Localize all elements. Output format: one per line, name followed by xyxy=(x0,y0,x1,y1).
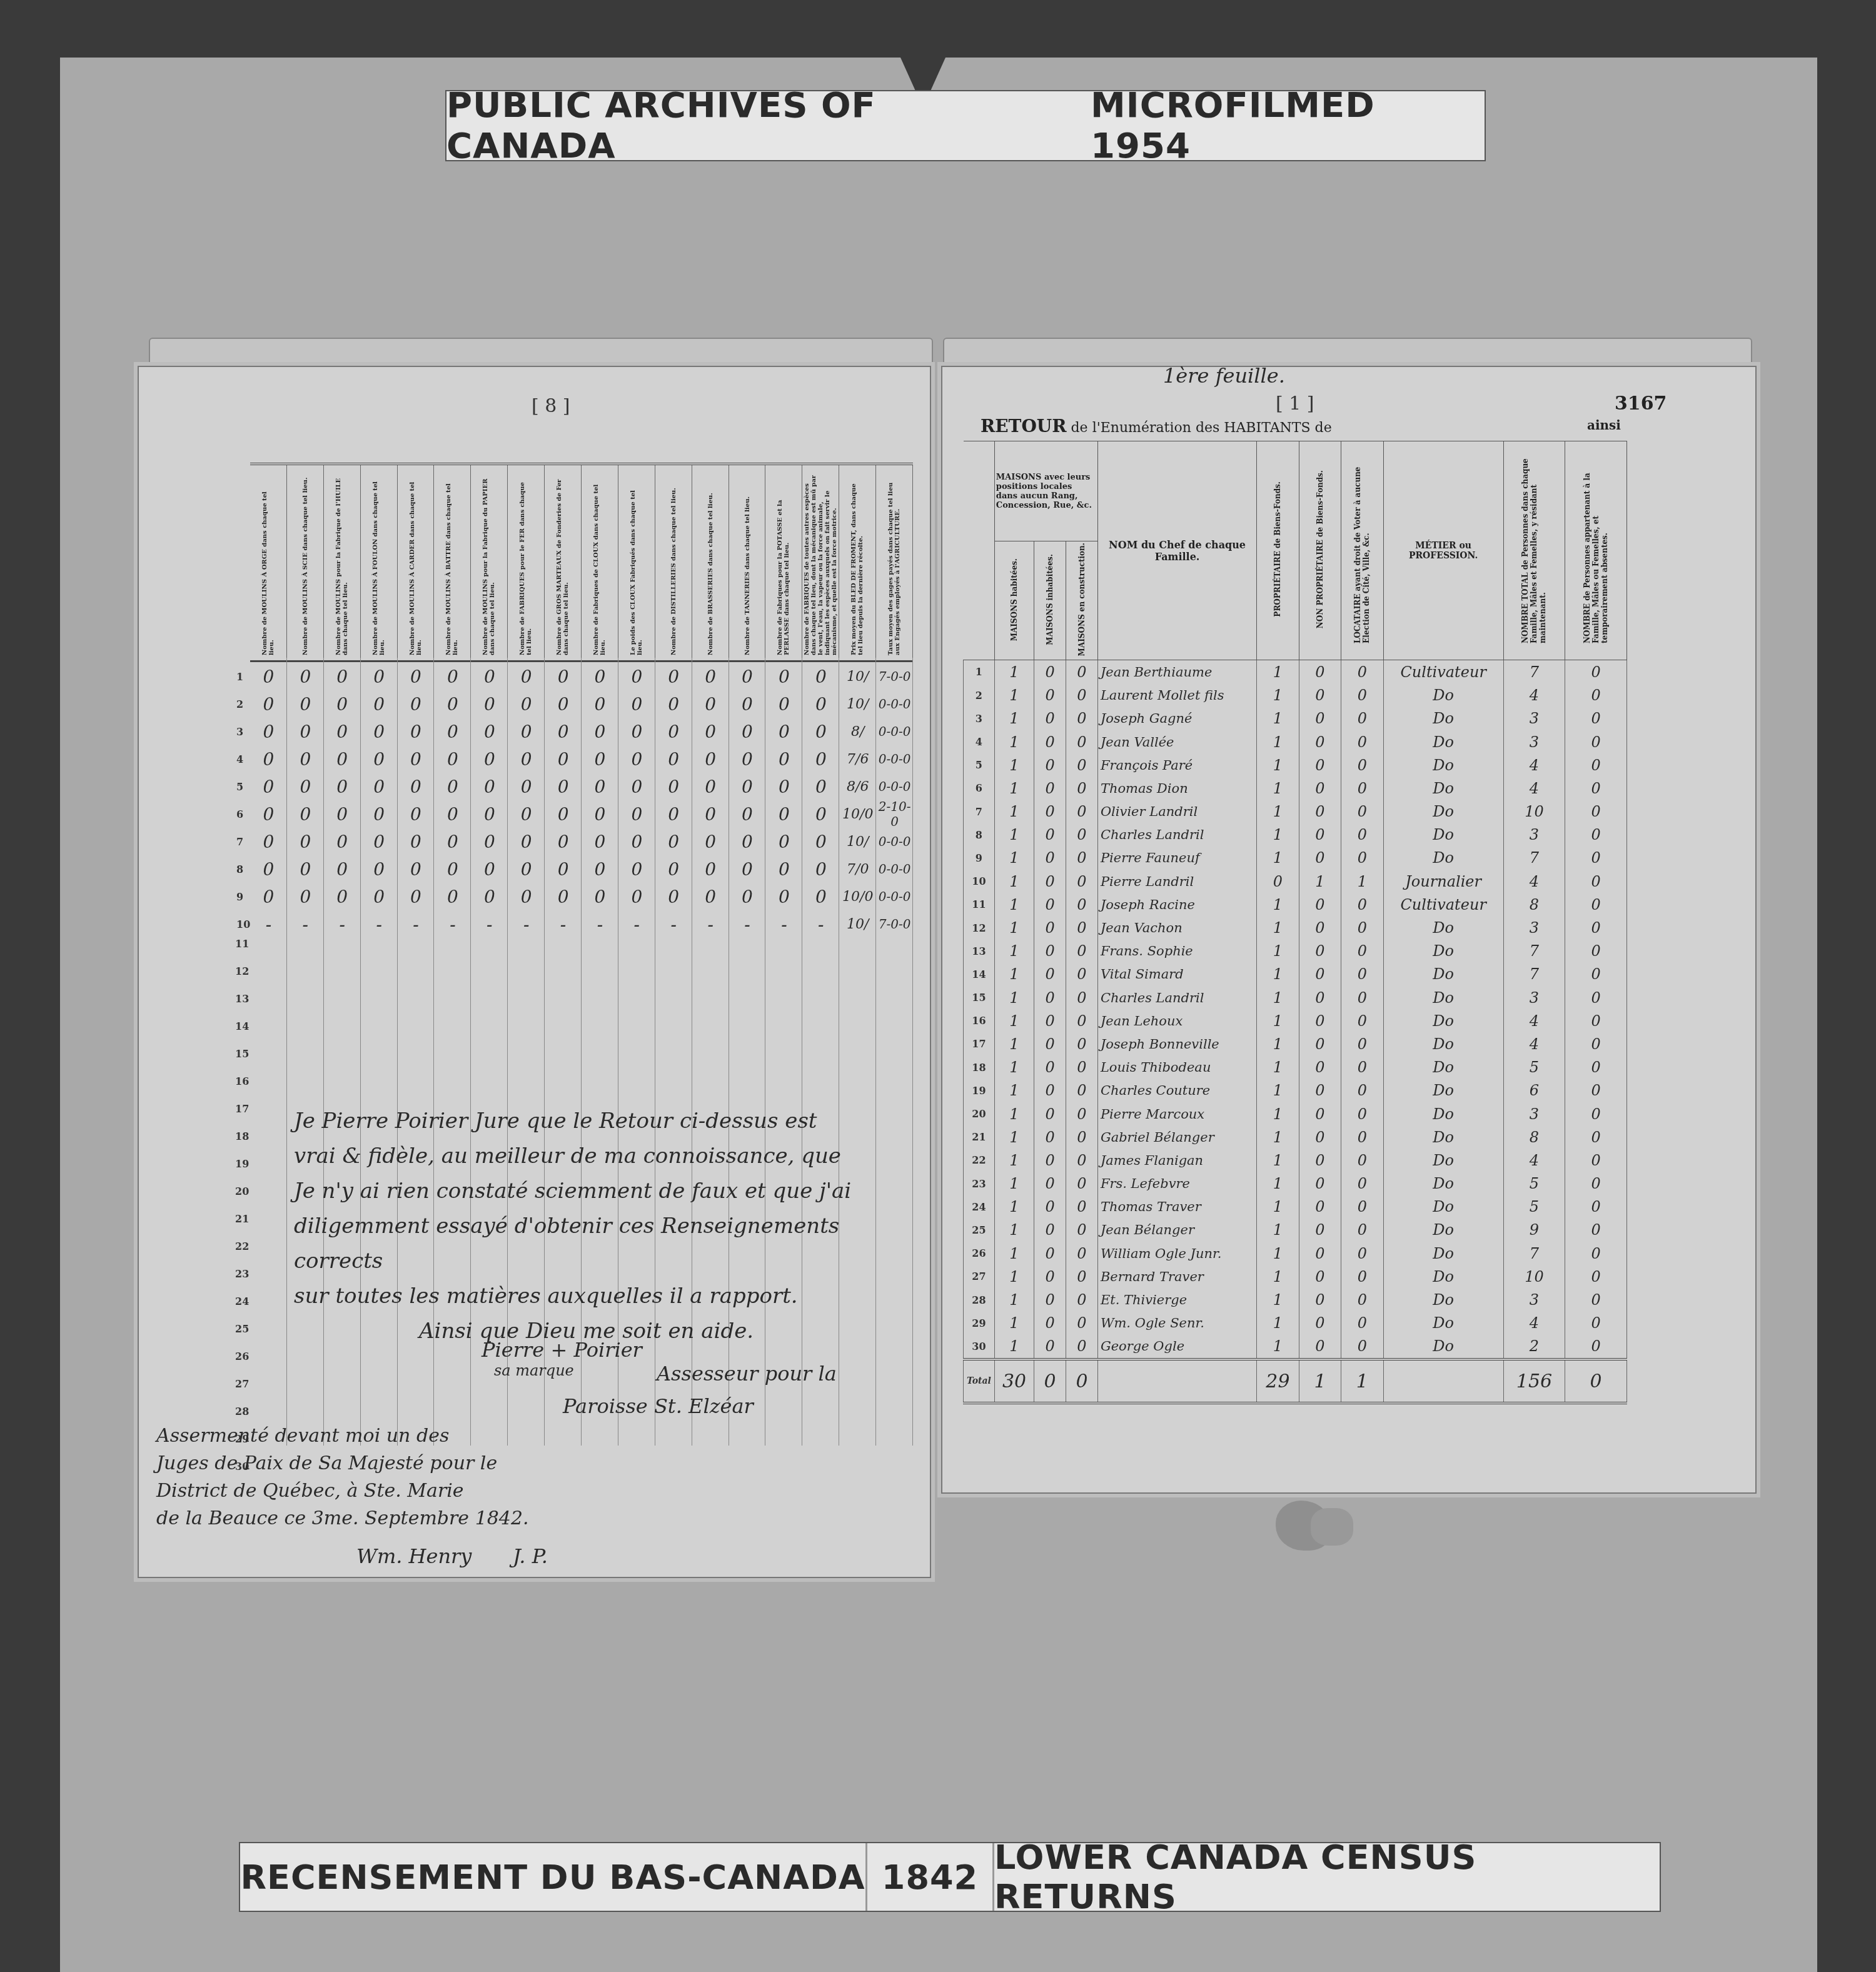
attestation-line: District de Québec, à Ste. Marie xyxy=(156,1477,529,1505)
left-table-row: 1000000000000000010/7-0-0 xyxy=(250,663,913,690)
cell-abs: 0 xyxy=(1565,847,1627,870)
cell-loc: 0 xyxy=(1341,1312,1383,1335)
table-cell: 0 xyxy=(729,887,766,907)
table-cell: - xyxy=(361,914,398,935)
cell-total: 3 xyxy=(1503,1102,1565,1125)
table-cell: 0 xyxy=(398,722,435,742)
cell-prop: 1 xyxy=(1257,1079,1299,1102)
nombre-absents-header: NOMBRE de Personnes appartenant à la Fam… xyxy=(1565,441,1627,660)
table-cell: 0 xyxy=(250,667,287,687)
column-header-text: Nombre de MOULINS À CARDER dans chaque t… xyxy=(409,474,423,655)
table-cell: 0 xyxy=(618,694,655,715)
left-column-header: Nombre de MOULINS À CARDER dans chaque t… xyxy=(398,465,435,660)
series-label: RECENSEMENT DU BAS-CANADA 1842 LOWER CAN… xyxy=(239,1842,1661,1912)
table-cell: 0 xyxy=(692,804,729,825)
table-cell: 0 xyxy=(655,804,692,825)
cell-prop: 1 xyxy=(1257,916,1299,939)
wheat-price-cell: 10/ xyxy=(839,917,876,932)
oath-line: Je Pierre Poirier Jure que le Retour ci-… xyxy=(294,1104,919,1139)
table-cell: 0 xyxy=(324,694,361,715)
cell-nom: Bernard Traver xyxy=(1097,1265,1256,1288)
table-cell: 0 xyxy=(545,694,582,715)
cell-prop: 1 xyxy=(1257,800,1299,823)
table-cell: 0 xyxy=(250,804,287,825)
cell-hab: 1 xyxy=(994,1335,1034,1359)
locataire-header: LOCATAIRE ayant droit de Voter à aucune … xyxy=(1341,441,1383,660)
left-column-header: Nombre de MOULINS pour la Fabrique de l'… xyxy=(324,465,361,660)
table-cell: 0 xyxy=(434,694,471,715)
cell-n: 29 xyxy=(964,1312,995,1335)
cell-abs: 0 xyxy=(1565,800,1627,823)
wheat-price-cell: 10/ xyxy=(839,697,876,712)
cell-nom: Gabriel Bélanger xyxy=(1097,1125,1256,1149)
cell-hab: 1 xyxy=(994,777,1034,800)
cell-loc: 0 xyxy=(1341,753,1383,777)
cell-nom: Jean Berthiaume xyxy=(1097,660,1256,684)
cell-inh: 0 xyxy=(1034,1079,1066,1102)
table-cell: 0 xyxy=(692,859,729,880)
wages-cell: 0-0-0 xyxy=(876,889,913,904)
wheat-price-cell: 10/0 xyxy=(839,807,876,822)
table-cell: 0 xyxy=(508,887,545,907)
column-header-text: Nombre de MOULINS À SCIE dans chaque tel… xyxy=(301,474,308,655)
row-number: 3 xyxy=(236,726,243,738)
cell-inh: 0 xyxy=(1034,1172,1066,1195)
cell-con: 0 xyxy=(1066,1009,1098,1032)
table-cell: 0 xyxy=(802,667,839,687)
cell-n: 19 xyxy=(964,1079,995,1102)
column-header-text: Nombre de GROS MARTEAUX de Fonderies de … xyxy=(556,474,570,655)
total-hab: 30 xyxy=(994,1359,1034,1403)
census-row: 29100Wm. Ogle Senr.100Do40 xyxy=(964,1312,1627,1335)
cell-nonprop: 0 xyxy=(1299,1056,1341,1079)
column-header-text: Nombre de TANNERIES dans chaque tel lieu… xyxy=(744,474,750,655)
cell-prop: 1 xyxy=(1257,1335,1299,1359)
census-row: 26100William Ogle Junr.100Do70 xyxy=(964,1242,1627,1265)
cell-nom: Jean Vachon xyxy=(1097,916,1256,939)
cell-loc: 0 xyxy=(1341,916,1383,939)
left-column-header: Nombre de FABRIQUES de toutes autres esp… xyxy=(802,465,839,660)
cell-abs: 0 xyxy=(1565,1149,1627,1172)
census-row: 24100Thomas Traver100Do50 xyxy=(964,1195,1627,1219)
cell-hab: 1 xyxy=(994,1242,1034,1265)
row-number: 12 xyxy=(235,965,250,993)
cell-nonprop: 0 xyxy=(1299,660,1341,684)
cell-n: 20 xyxy=(964,1102,995,1125)
cell-total: 5 xyxy=(1503,1172,1565,1195)
cell-abs: 0 xyxy=(1565,1032,1627,1055)
cell-nom: Louis Thibodeau xyxy=(1097,1056,1256,1079)
table-cell: 0 xyxy=(471,832,508,852)
table-cell: 0 xyxy=(618,749,655,770)
left-table-row: 800000000000000007/00-0-0 xyxy=(250,855,913,883)
cell-total: 3 xyxy=(1503,707,1565,730)
cell-metier: Do xyxy=(1383,753,1503,777)
cell-metier: Do xyxy=(1383,1335,1503,1359)
series-french: RECENSEMENT DU BAS-CANADA xyxy=(240,1843,867,1911)
cell-prop: 1 xyxy=(1257,777,1299,800)
column-header-text: Nombre de Fabriques de CLOUX dans chaque… xyxy=(593,474,607,655)
cell-loc: 1 xyxy=(1341,870,1383,893)
cell-con: 0 xyxy=(1066,916,1098,939)
cell-con: 0 xyxy=(1066,1032,1098,1055)
column-header-text: Nombre de MOULINS pour la Fabrique du PA… xyxy=(482,474,496,655)
cell-n: 17 xyxy=(964,1032,995,1055)
table-cell: 0 xyxy=(508,777,545,797)
cell-total: 4 xyxy=(1503,870,1565,893)
row-number: 25 xyxy=(235,1323,250,1351)
cell-con: 0 xyxy=(1066,1265,1098,1288)
cell-inh: 0 xyxy=(1034,1312,1066,1335)
cell-inh: 0 xyxy=(1034,1195,1066,1219)
row-number: 27 xyxy=(235,1378,250,1406)
cell-nom: Charles Landril xyxy=(1097,986,1256,1009)
maisons-habitees-header: MAISONS habitées. xyxy=(994,541,1034,660)
table-cell: 0 xyxy=(582,777,618,797)
table-cell: - xyxy=(729,914,766,935)
table-cell: 0 xyxy=(545,887,582,907)
table-cell: 0 xyxy=(508,667,545,687)
cell-inh: 0 xyxy=(1034,777,1066,800)
cell-loc: 0 xyxy=(1341,847,1383,870)
cell-hab: 1 xyxy=(994,1219,1034,1242)
table-cell: 0 xyxy=(287,777,324,797)
table-cell: 0 xyxy=(471,887,508,907)
cell-metier: Do xyxy=(1383,730,1503,753)
table-cell: - xyxy=(618,914,655,935)
total-label: Total xyxy=(964,1359,995,1403)
table-cell: 0 xyxy=(361,694,398,715)
table-cell: 0 xyxy=(287,859,324,880)
table-cell: 0 xyxy=(471,749,508,770)
cell-loc: 0 xyxy=(1341,707,1383,730)
cell-prop: 1 xyxy=(1257,963,1299,986)
wages-cell: 0-0-0 xyxy=(876,779,913,794)
table-cell: 0 xyxy=(618,667,655,687)
table-cell: 0 xyxy=(398,832,435,852)
left-table-row: 7000000000000000010/0-0-0 xyxy=(250,828,913,855)
row-number: 9 xyxy=(236,891,243,903)
row-number: 6 xyxy=(236,808,243,820)
cell-nonprop: 0 xyxy=(1299,753,1341,777)
cell-prop: 1 xyxy=(1257,823,1299,847)
table-cell: 0 xyxy=(361,777,398,797)
table-cell: 0 xyxy=(765,694,802,715)
table-cell: 0 xyxy=(729,722,766,742)
row-number-header xyxy=(964,441,995,660)
cell-abs: 0 xyxy=(1565,1242,1627,1265)
table-cell: 0 xyxy=(545,804,582,825)
cell-total: 4 xyxy=(1503,1312,1565,1335)
cell-total: 3 xyxy=(1503,986,1565,1009)
left-column-header: Nombre de MOULINS À ORGE dans chaque tel… xyxy=(250,465,287,660)
row-number: 26 xyxy=(235,1351,250,1378)
row-number: 18 xyxy=(235,1130,250,1158)
cell-metier: Cultivateur xyxy=(1383,660,1503,684)
table-cell: 0 xyxy=(692,667,729,687)
cell-loc: 0 xyxy=(1341,1242,1383,1265)
non-proprietaire-header: NON PROPRIÉTAIRE de Biens-Fonds. xyxy=(1299,441,1341,660)
cell-metier: Do xyxy=(1383,684,1503,707)
cell-prop: 1 xyxy=(1257,940,1299,963)
cell-prop: 1 xyxy=(1257,1242,1299,1265)
oath-text: Je Pierre Poirier Jure que le Retour ci-… xyxy=(294,1104,919,1349)
cell-metier: Do xyxy=(1383,1288,1503,1311)
cell-metier: Do xyxy=(1383,707,1503,730)
table-cell: 0 xyxy=(802,694,839,715)
cell-inh: 0 xyxy=(1034,963,1066,986)
oath-line: vrai & fidèle, au meilleur de ma connois… xyxy=(294,1139,919,1174)
cell-nom: Frans. Sophie xyxy=(1097,940,1256,963)
cell-n: 21 xyxy=(964,1125,995,1149)
cell-hab: 1 xyxy=(994,940,1034,963)
cell-loc: 0 xyxy=(1341,660,1383,684)
left-column-header: Nombre de MOULINS pour la Fabrique du PA… xyxy=(471,465,508,660)
table-cell: 0 xyxy=(361,859,398,880)
cell-abs: 0 xyxy=(1565,1172,1627,1195)
wages-cell: 0-0-0 xyxy=(876,862,913,877)
cell-loc: 0 xyxy=(1341,940,1383,963)
census-row: 9100Pierre Fauneuf100Do70 xyxy=(964,847,1627,870)
cell-total: 3 xyxy=(1503,916,1565,939)
cell-metier: Do xyxy=(1383,1242,1503,1265)
cell-inh: 0 xyxy=(1034,870,1066,893)
cell-metier: Do xyxy=(1383,986,1503,1009)
table-cell: 0 xyxy=(434,887,471,907)
wages-cell: 7-0-0 xyxy=(876,917,913,932)
table-cell: 0 xyxy=(545,832,582,852)
left-page-marker: [ 8 ] xyxy=(532,395,570,417)
census-row: 25100Jean Bélanger100Do90 xyxy=(964,1219,1627,1242)
cell-con: 0 xyxy=(1066,1219,1098,1242)
left-table-row: 6000000000000000010/02-10-0 xyxy=(250,800,913,828)
table-cell: - xyxy=(582,914,618,935)
cell-n: 12 xyxy=(964,916,995,939)
left-page-column-headers: Nombre de MOULINS À ORGE dans chaque tel… xyxy=(250,463,913,662)
cell-abs: 0 xyxy=(1565,753,1627,777)
total-abs: 0 xyxy=(1565,1359,1627,1403)
table-cell: 0 xyxy=(729,832,766,852)
wheat-price-cell: 8/ xyxy=(839,724,876,740)
table-cell: 0 xyxy=(765,722,802,742)
cell-prop: 1 xyxy=(1257,847,1299,870)
row-number: 11 xyxy=(235,938,250,965)
archive-name: PUBLIC ARCHIVES OF CANADA xyxy=(446,85,1053,166)
table-cell: 0 xyxy=(692,694,729,715)
cell-total: 4 xyxy=(1503,777,1565,800)
cell-con: 0 xyxy=(1066,753,1098,777)
wheat-price-cell: 7/0 xyxy=(839,862,876,877)
cell-n: 14 xyxy=(964,963,995,986)
wages-cell: 0-0-0 xyxy=(876,724,913,739)
row-number: 4 xyxy=(236,753,243,765)
cell-nom: Olivier Landril xyxy=(1097,800,1256,823)
attestation-line: Assermenté devant moi un des xyxy=(156,1422,529,1450)
table-cell: 0 xyxy=(692,832,729,852)
cell-total: 3 xyxy=(1503,730,1565,753)
table-cell: 0 xyxy=(471,859,508,880)
cell-nom: Pierre Landril xyxy=(1097,870,1256,893)
table-cell: 0 xyxy=(729,804,766,825)
cell-nonprop: 0 xyxy=(1299,730,1341,753)
table-cell: 0 xyxy=(545,749,582,770)
cell-total: 6 xyxy=(1503,1079,1565,1102)
table-cell: - xyxy=(287,914,324,935)
census-row: 11100Joseph Racine100Cultivateur80 xyxy=(964,893,1627,916)
cell-nom: William Ogle Junr. xyxy=(1097,1242,1256,1265)
cell-con: 0 xyxy=(1066,1149,1098,1172)
column-header-text: Nombre de DISTILLERIES dans chaque tel l… xyxy=(670,474,677,655)
cell-nonprop: 0 xyxy=(1299,777,1341,800)
cell-loc: 0 xyxy=(1341,1265,1383,1288)
form-title-end: ainsi xyxy=(1587,418,1621,433)
row-number: 7 xyxy=(236,836,243,848)
cell-prop: 1 xyxy=(1257,893,1299,916)
cell-metier: Do xyxy=(1383,777,1503,800)
cell-total: 10 xyxy=(1503,1265,1565,1288)
cell-inh: 0 xyxy=(1034,800,1066,823)
cell-con: 0 xyxy=(1066,1079,1098,1102)
table-cell: 0 xyxy=(434,804,471,825)
table-cell: - xyxy=(324,914,361,935)
cell-n: 7 xyxy=(964,800,995,823)
cell-nonprop: 0 xyxy=(1299,1265,1341,1288)
table-cell: 0 xyxy=(765,832,802,852)
total-total: 156 xyxy=(1503,1359,1565,1403)
cell-metier: Do xyxy=(1383,1149,1503,1172)
cell-nom: Joseph Racine xyxy=(1097,893,1256,916)
table-cell: 0 xyxy=(655,832,692,852)
cell-con: 0 xyxy=(1066,1335,1098,1359)
cell-total: 4 xyxy=(1503,1032,1565,1055)
cell-nonprop: 0 xyxy=(1299,1242,1341,1265)
wheat-price-cell: 8/6 xyxy=(839,779,876,795)
cell-con: 0 xyxy=(1066,823,1098,847)
table-cell: 0 xyxy=(582,832,618,852)
cell-con: 0 xyxy=(1066,963,1098,986)
cell-n: 8 xyxy=(964,823,995,847)
cell-abs: 0 xyxy=(1565,1009,1627,1032)
table-cell: 0 xyxy=(765,887,802,907)
table-cell: 0 xyxy=(545,667,582,687)
page-number: 3167 xyxy=(1615,393,1667,415)
cell-nonprop: 0 xyxy=(1299,800,1341,823)
cell-inh: 0 xyxy=(1034,1265,1066,1288)
table-cell: 0 xyxy=(434,722,471,742)
cell-nom: Thomas Traver xyxy=(1097,1195,1256,1219)
series-year: 1842 xyxy=(867,1843,994,1911)
cell-loc: 0 xyxy=(1341,684,1383,707)
cell-total: 7 xyxy=(1503,963,1565,986)
column-header-text: Nombre de Fabriques pour la POTASSE et l… xyxy=(777,474,790,655)
cell-prop: 1 xyxy=(1257,1102,1299,1125)
census-row: 30100George Ogle100Do20 xyxy=(964,1335,1627,1359)
table-cell: 0 xyxy=(324,722,361,742)
cell-con: 0 xyxy=(1066,1242,1098,1265)
cell-total: 5 xyxy=(1503,1056,1565,1079)
table-cell: 0 xyxy=(398,804,435,825)
wheat-price-cell: 10/ xyxy=(839,834,876,850)
table-cell: 0 xyxy=(618,887,655,907)
table-cell: 0 xyxy=(398,694,435,715)
table-cell: 0 xyxy=(545,722,582,742)
cell-con: 0 xyxy=(1066,660,1098,684)
signature-mark: sa marque xyxy=(494,1362,574,1379)
cell-prop: 1 xyxy=(1257,1125,1299,1149)
right-page-marker: [ 1 ] xyxy=(1276,393,1314,415)
table-cell: 0 xyxy=(545,777,582,797)
cell-loc: 0 xyxy=(1341,986,1383,1009)
cell-nonprop: 0 xyxy=(1299,1288,1341,1311)
row-number: 14 xyxy=(235,1020,250,1048)
cell-inh: 0 xyxy=(1034,660,1066,684)
census-row: 5100François Paré100Do40 xyxy=(964,753,1627,777)
left-column-header: Nombre de FABRIQUES pour le FER dans cha… xyxy=(508,465,545,660)
cell-inh: 0 xyxy=(1034,847,1066,870)
table-cell: 0 xyxy=(508,749,545,770)
cell-n: 18 xyxy=(964,1056,995,1079)
cell-metier: Do xyxy=(1383,940,1503,963)
census-row: 6100Thomas Dion100Do40 xyxy=(964,777,1627,800)
cell-prop: 1 xyxy=(1257,1312,1299,1335)
cell-abs: 0 xyxy=(1565,777,1627,800)
total-inh: 0 xyxy=(1034,1359,1066,1403)
table-cell: 0 xyxy=(361,804,398,825)
nom-header: NOM du Chef de chaque Famille. xyxy=(1097,441,1256,660)
cell-abs: 0 xyxy=(1565,1079,1627,1102)
cell-metier: Do xyxy=(1383,1056,1503,1079)
cell-loc: 0 xyxy=(1341,1149,1383,1172)
table-cell: 0 xyxy=(618,859,655,880)
cell-n: 15 xyxy=(964,986,995,1009)
table-cell: - xyxy=(692,914,729,935)
table-cell: 0 xyxy=(582,859,618,880)
cell-prop: 1 xyxy=(1257,986,1299,1009)
census-row: 10100Pierre Landril011Journalier40 xyxy=(964,870,1627,893)
cell-n: 4 xyxy=(964,730,995,753)
cell-prop: 1 xyxy=(1257,1195,1299,1219)
cell-nom: Charles Landril xyxy=(1097,823,1256,847)
cell-hab: 1 xyxy=(994,963,1034,986)
cell-con: 0 xyxy=(1066,777,1098,800)
cell-total: 7 xyxy=(1503,1242,1565,1265)
wages-cell: 0-0-0 xyxy=(876,834,913,849)
cell-inh: 0 xyxy=(1034,707,1066,730)
table-cell: 0 xyxy=(324,749,361,770)
cell-n: 24 xyxy=(964,1195,995,1219)
table-cell: 0 xyxy=(434,859,471,880)
table-cell: 0 xyxy=(361,749,398,770)
cell-abs: 0 xyxy=(1565,1056,1627,1079)
row-number: 1 xyxy=(236,671,243,683)
census-row: 4100Jean Vallée100Do30 xyxy=(964,730,1627,753)
table-cell: 0 xyxy=(582,804,618,825)
cell-nom: Charles Couture xyxy=(1097,1079,1256,1102)
row-number: 10 xyxy=(236,918,250,930)
wages-cell: 0-0-0 xyxy=(876,752,913,767)
maisons-group-header: MAISONS avec leurs positions locales dan… xyxy=(994,441,1097,541)
total-con: 0 xyxy=(1066,1359,1098,1403)
cell-hab: 1 xyxy=(994,1125,1034,1149)
table-cell: 0 xyxy=(618,832,655,852)
cell-loc: 0 xyxy=(1341,1032,1383,1055)
table-cell: 0 xyxy=(324,804,361,825)
table-cell: 0 xyxy=(508,804,545,825)
cell-nonprop: 0 xyxy=(1299,986,1341,1009)
table-cell: 0 xyxy=(434,777,471,797)
cell-abs: 0 xyxy=(1565,1219,1627,1242)
table-cell: 0 xyxy=(361,887,398,907)
